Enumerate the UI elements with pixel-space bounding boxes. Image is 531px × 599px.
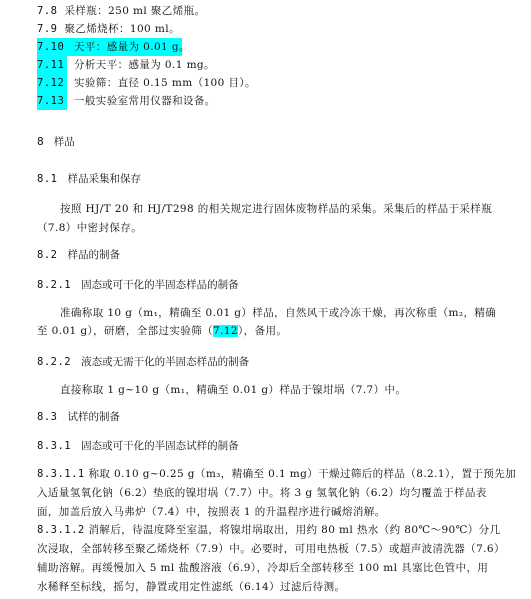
list-item-7-13: 7.13 一般实验室常用仪器和设备。 bbox=[37, 92, 216, 110]
section-heading-8-1: 8.1 样品采集和保存 bbox=[37, 170, 141, 188]
list-item-7-8: 7.8 采样瓶：250 ml 聚乙烯瓶。 bbox=[37, 2, 205, 20]
paragraph-line: 准确称取 10 g（m₁，精确至 0.01 g）样品，自然风干或冷冻干燥，再次称… bbox=[60, 304, 496, 322]
section-title: 样品采集和保存 bbox=[67, 173, 141, 185]
paragraph-line: （7.8）中密封保存。 bbox=[37, 219, 142, 237]
list-item-7-9: 7.9 聚乙烯烧杯：100 ml。 bbox=[37, 20, 180, 38]
list-item-7-12: 7.12 实验筛：直径 0.15 mm（100 目）。 bbox=[37, 74, 256, 92]
section-number: 8.2.1 bbox=[37, 276, 71, 294]
paragraph-line: 直接称取 1 g~10 g（m₁，精确至 0.01 g）样品于镍坩埚（7.7）中… bbox=[60, 381, 406, 399]
paragraph-line: 次浸取，全部转移至聚乙烯烧杯（7.9）中。必要时，可用电热板（7.5）或超声波清… bbox=[37, 540, 505, 558]
section-number: 8.1 bbox=[37, 170, 57, 188]
section-title: 固态或可干化的半固态试样的制备 bbox=[81, 440, 239, 452]
item-number: 7.8 bbox=[37, 2, 57, 20]
section-title: 样品的制备 bbox=[67, 249, 120, 261]
section-heading-8-2-1: 8.2.1 固态或可干化的半固态样品的制备 bbox=[37, 276, 239, 294]
item-text: 天平：感量为 0.01 g。 bbox=[74, 41, 190, 53]
paragraph-line: 水稀释至标线，摇匀，静置或用定性滤纸（6.14）过滤后待测。 bbox=[37, 578, 345, 596]
section-number: 8.3 bbox=[37, 408, 57, 426]
section-heading-8-2-2: 8.2.2 液态或无需干化的半固态样品的制备 bbox=[37, 353, 249, 371]
list-item-7-11: 7.11 分析天平：感量为 0.1 mg。 bbox=[37, 56, 215, 74]
section-number: 8.2 bbox=[37, 246, 57, 264]
clause-number: 8.3.1.2 bbox=[37, 521, 85, 539]
text-segment: 称取 0.10 g~0.25 g（m₃，精确至 0.1 mg）干燥过筛后的样品（… bbox=[89, 468, 517, 480]
item-text: 实验筛：直径 0.15 mm（100 目）。 bbox=[74, 77, 256, 89]
item-text: 一般实验室常用仪器和设备。 bbox=[74, 95, 216, 107]
section-heading-8-2: 8.2 样品的制备 bbox=[37, 246, 120, 264]
item-text: 聚乙烯烧杯：100 ml。 bbox=[64, 23, 179, 35]
section-title: 试样的制备 bbox=[67, 411, 120, 423]
item-number: 7.12 bbox=[37, 74, 67, 92]
paragraph-line: 至 0.01 g），研磨，全部过实验筛（7.12），备用。 bbox=[37, 322, 287, 340]
item-text: 采样瓶：250 ml 聚乙烯瓶。 bbox=[64, 5, 205, 17]
paragraph-line: 辅助溶解。再缓慢加入 5 ml 盐酸溶液（6.9），冷却后全部转移至 100 m… bbox=[37, 559, 488, 577]
paragraph-line: 入适量氢氧化钠（6.2）垫底的镍坩埚（7.7）中。将 3 g 氢氧化钠（6.2）… bbox=[37, 484, 487, 502]
section-heading-8-3: 8.3 试样的制备 bbox=[37, 408, 120, 426]
text-segment: 至 0.01 g），研磨，全部过实验筛（ bbox=[37, 325, 213, 337]
item-text: 分析天平：感量为 0.1 mg。 bbox=[74, 59, 215, 71]
list-item-7-10: 7.10 天平：感量为 0.01 g。 bbox=[37, 38, 182, 56]
section-number: 8.2.2 bbox=[37, 353, 71, 371]
clause-number: 8.3.1.1 bbox=[37, 465, 85, 483]
item-number: 7.10 bbox=[37, 38, 67, 56]
paragraph-line: 按照 HJ/T 20 和 HJ/T298 的相关规定进行固体废物样品的采集。采集… bbox=[60, 200, 492, 218]
highlighted-reference: 7.12 bbox=[213, 325, 238, 337]
paragraph-line: 8.3.1.1 称取 0.10 g~0.25 g（m₃，精确至 0.1 mg）干… bbox=[37, 465, 516, 483]
text-segment: 消解后，待温度降至室温，将镍坩埚取出，用约 80 ml 热水（约 80℃～90℃… bbox=[89, 524, 501, 536]
section-number: 8 bbox=[37, 136, 44, 148]
text-segment: ），备用。 bbox=[238, 325, 287, 337]
section-title: 固态或可干化的半固态样品的制备 bbox=[81, 279, 239, 291]
section-heading-8: 8 样品 bbox=[37, 133, 75, 151]
item-number: 7.11 bbox=[37, 56, 67, 74]
item-number: 7.13 bbox=[37, 92, 67, 110]
item-number: 7.9 bbox=[37, 20, 57, 38]
section-number: 8.3.1 bbox=[37, 437, 71, 455]
section-title: 液态或无需干化的半固态样品的制备 bbox=[81, 356, 249, 368]
section-heading-8-3-1: 8.3.1 固态或可干化的半固态试样的制备 bbox=[37, 437, 239, 455]
paragraph-line: 面，加盖后放入马弗炉（7.4）中，按照表 1 的升温程序进行碱熔消解。 bbox=[37, 503, 386, 521]
section-title: 样品 bbox=[54, 136, 75, 148]
paragraph-line: 8.3.1.2 消解后，待温度降至室温，将镍坩埚取出，用约 80 ml 热水（约… bbox=[37, 521, 500, 539]
